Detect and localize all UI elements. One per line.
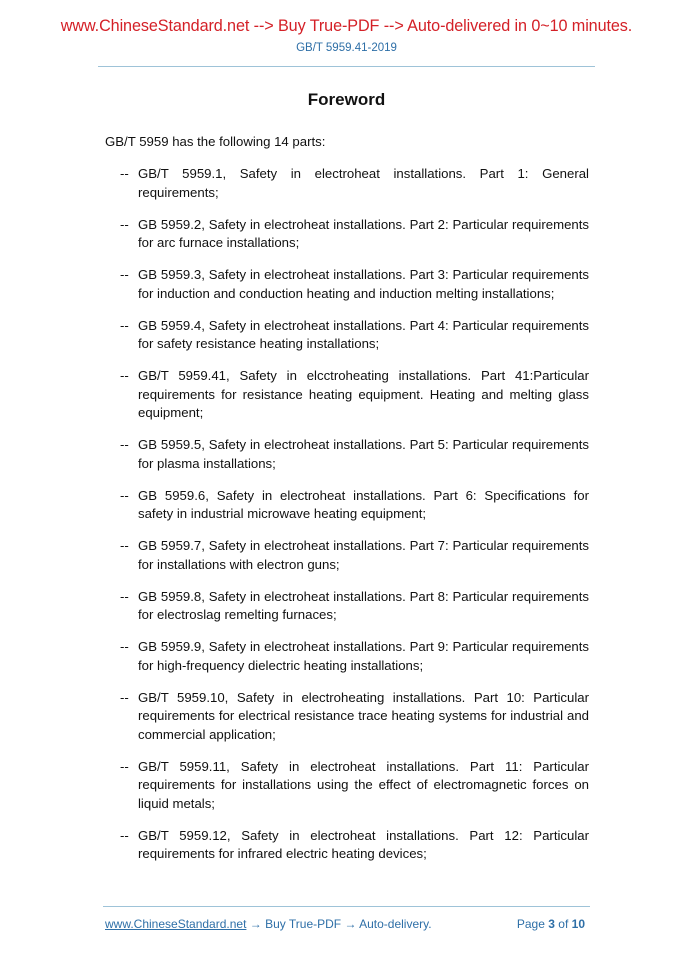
page-title: Foreword [0,90,693,110]
dash-bullet: -- [120,367,129,386]
part-text: GB 5959.7, Safety in electroheat install… [138,538,589,572]
list-item: --GB/T 5959.1, Safety in electroheat ins… [120,165,589,202]
part-text: GB 5959.9, Safety in electroheat install… [138,639,589,673]
list-item: --GB/T 5959.11, Safety in electroheat in… [120,758,589,814]
list-item: --GB 5959.9, Safety in electroheat insta… [120,638,589,675]
list-item: --GB/T 5959.41, Safety in elcctroheating… [120,367,589,423]
dash-bullet: -- [120,266,129,285]
part-text: GB/T 5959.12, Safety in electroheat inst… [138,828,589,862]
list-item: --GB 5959.2, Safety in electroheat insta… [120,216,589,253]
promo-banner: www.ChineseStandard.net --> Buy True-PDF… [0,17,693,36]
part-text: GB 5959.3, Safety in electroheat install… [138,267,589,301]
dash-bullet: -- [120,588,129,607]
dash-bullet: -- [120,638,129,657]
list-item: --GB/T 5959.12, Safety in electroheat in… [120,827,589,864]
page-indicator: Page 3 of 10 [517,917,585,931]
list-item: --GB 5959.6, Safety in electroheat insta… [120,487,589,524]
part-text: GB/T 5959.10, Safety in electroheating i… [138,690,589,742]
page-total: 10 [572,917,585,931]
page-label: Page [517,917,545,931]
part-text: GB 5959.5, Safety in electroheat install… [138,437,589,471]
page-current: 3 [548,917,555,931]
part-text: GB 5959.4, Safety in electroheat install… [138,318,589,352]
parts-list: --GB/T 5959.1, Safety in electroheat ins… [120,165,589,877]
list-item: --GB 5959.3, Safety in electroheat insta… [120,266,589,303]
dash-bullet: -- [120,758,129,777]
part-text: GB 5959.2, Safety in electroheat install… [138,217,589,251]
page-footer: www.ChineseStandard.net → Buy True-PDF →… [105,917,585,931]
dash-bullet: -- [120,537,129,556]
header-divider [98,66,595,67]
intro-paragraph: GB/T 5959 has the following 14 parts: [105,134,325,149]
page-of: of [558,917,568,931]
dash-bullet: -- [120,487,129,506]
footer-divider [103,906,590,907]
dash-bullet: -- [120,317,129,336]
dash-bullet: -- [120,689,129,708]
list-item: --GB/T 5959.10, Safety in electroheating… [120,689,589,745]
list-item: --GB 5959.8, Safety in electroheat insta… [120,588,589,625]
dash-bullet: -- [120,216,129,235]
footer-tagline: → Buy True-PDF → Auto-delivery. [246,917,431,931]
part-text: GB/T 5959.41, Safety in elcctroheating i… [138,368,589,420]
part-text: GB 5959.8, Safety in electroheat install… [138,589,589,623]
part-text: GB 5959.6, Safety in electroheat install… [138,488,589,522]
dash-bullet: -- [120,165,129,184]
footer-promo: www.ChineseStandard.net → Buy True-PDF →… [105,917,432,931]
document-number: GB/T 5959.41-2019 [0,42,693,54]
footer-site-link[interactable]: www.ChineseStandard.net [105,917,246,931]
dash-bullet: -- [120,436,129,455]
dash-bullet: -- [120,827,129,846]
part-text: GB/T 5959.11, Safety in electroheat inst… [138,759,589,811]
list-item: --GB 5959.4, Safety in electroheat insta… [120,317,589,354]
part-text: GB/T 5959.1, Safety in electroheat insta… [138,166,589,200]
list-item: --GB 5959.5, Safety in electroheat insta… [120,436,589,473]
list-item: --GB 5959.7, Safety in electroheat insta… [120,537,589,574]
